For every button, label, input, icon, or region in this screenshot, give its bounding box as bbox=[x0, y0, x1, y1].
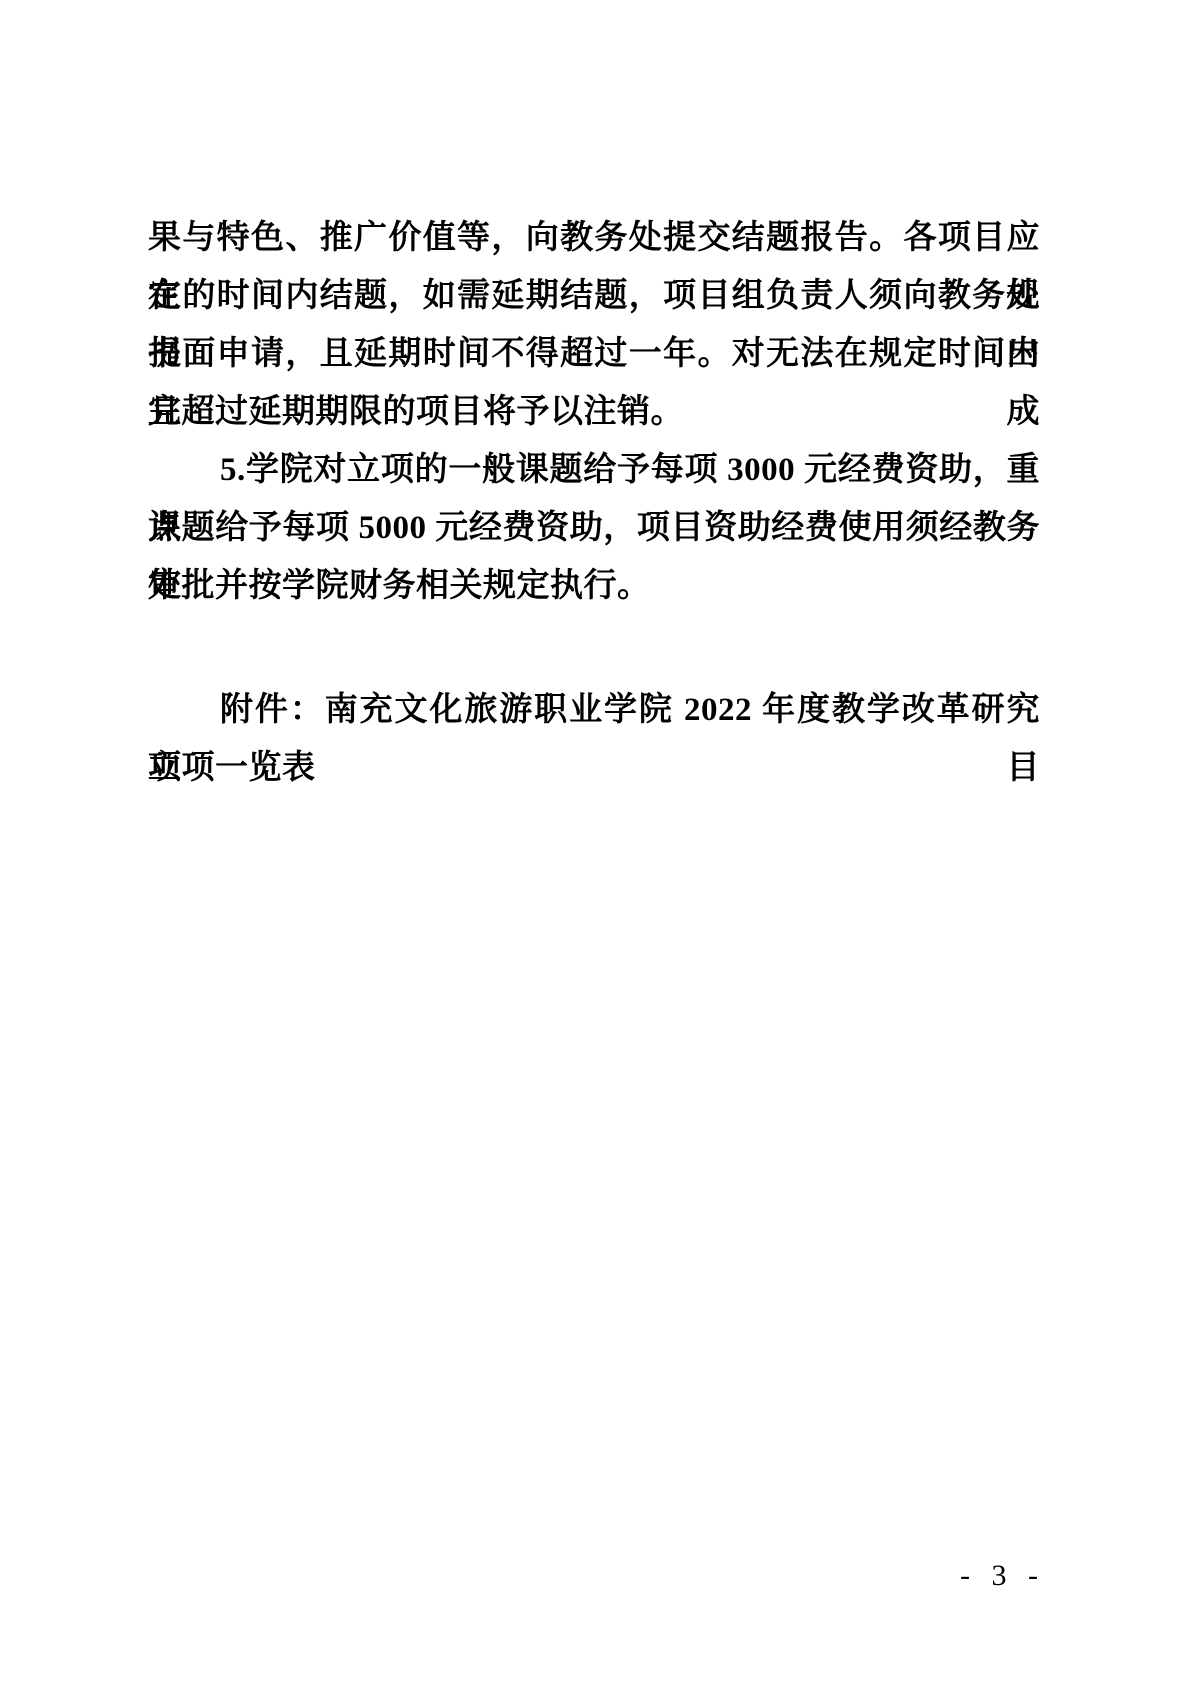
document-page: 果与特色、推广价值等，向教务处提交结题报告。各项目应在规 定的时间内结题，如需延… bbox=[0, 0, 1191, 1684]
text-line: 果与特色、推广价值等，向教务处提交结题报告。各项目应在规 bbox=[148, 209, 1040, 267]
text-line: 定的时间内结题，如需延期结题，项目组负责人须向教务处提出 bbox=[148, 267, 1040, 325]
paragraph-project-closing-rules: 果与特色、推广价值等，向教务处提交结题报告。各项目应在规 定的时间内结题，如需延… bbox=[148, 209, 1040, 441]
paragraph-attachment-note: 附件：南充文化旅游职业学院 2022 年度教学改革研究项目 立项一览表 bbox=[148, 681, 1040, 797]
paragraph-item5-funding: 5.学院对立项的一般课题给予每项 3000 元经费资助，重点 课题给予每项 50… bbox=[148, 441, 1040, 615]
text-line: 5.学院对立项的一般课题给予每项 3000 元经费资助，重点 bbox=[148, 441, 1040, 499]
text-line: 课题给予每项 5000 元经费资助，项目资助经费使用须经教务处 bbox=[148, 499, 1040, 557]
text-line: 附件：南充文化旅游职业学院 2022 年度教学改革研究项目 bbox=[148, 681, 1040, 739]
document-body: 果与特色、推广价值等，向教务处提交结题报告。各项目应在规 定的时间内结题，如需延… bbox=[148, 209, 1040, 797]
text-line: 审批并按学院财务相关规定执行。 bbox=[148, 557, 1040, 615]
text-line: 书面申请，且延期时间不得超过一年。对无法在规定时间内完成 bbox=[148, 325, 1040, 383]
page-number: - 3 - bbox=[960, 1556, 1045, 1596]
